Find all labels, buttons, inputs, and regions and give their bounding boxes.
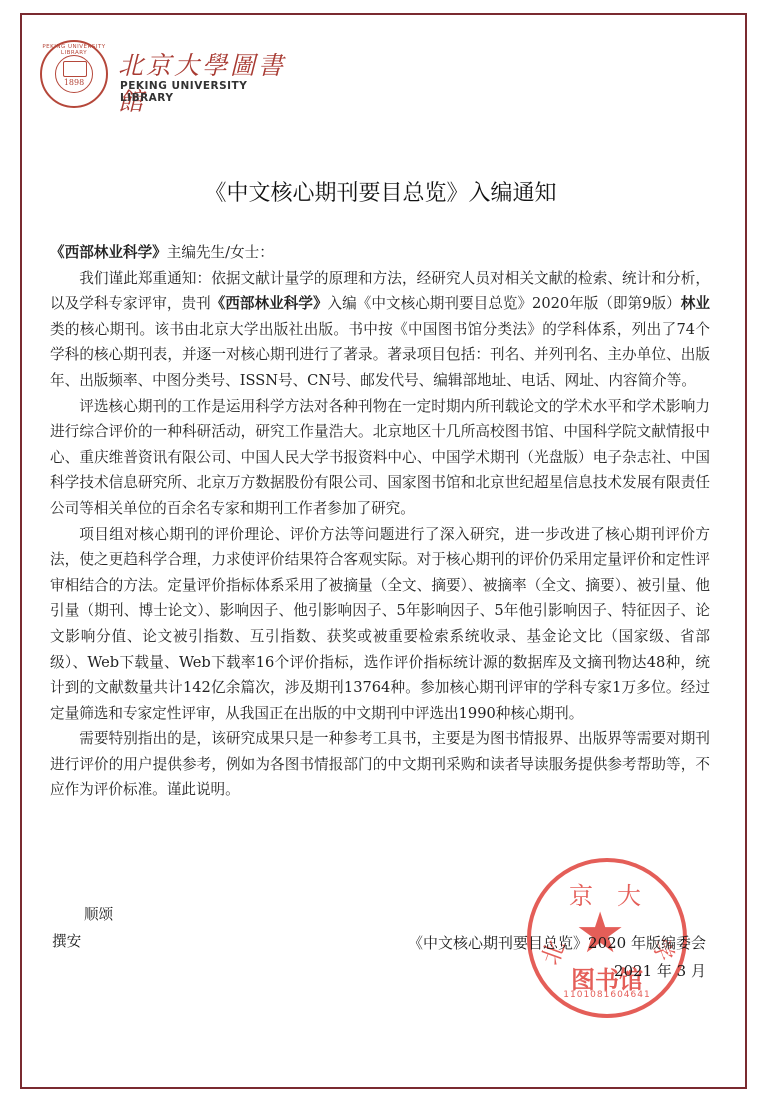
- paragraph-3: 项目组对核心期刊的评价理论、评价方法等问题进行了深入研究，进一步改进了核心期刊评…: [50, 522, 710, 727]
- salutation-suffix: 主编先生/女士：: [167, 244, 274, 261]
- p1-text-b: 入编《中文核心期刊要目总览》2020年版（即第9版）: [328, 295, 681, 312]
- p1-category: 林业: [681, 295, 710, 312]
- paragraph-1: 我们谨此郑重通知：依据文献计量学的原理和方法，经研究人员对相关文献的检索、统计和…: [50, 266, 710, 394]
- journal-name: 《西部林业科学》: [50, 244, 167, 261]
- book-icon: [63, 61, 87, 77]
- document-title: 《中文核心期刊要目总览》入编通知: [0, 176, 761, 207]
- university-seal-icon: PEKING UNIVERSITY LIBRARY 1898: [40, 40, 108, 108]
- seal-year: 1898: [42, 78, 106, 87]
- library-logo: PEKING UNIVERSITY LIBRARY 1898 北京大學圖書館 P…: [40, 40, 290, 112]
- paragraph-4: 需要特别指出的是，该研究成果只是一种参考工具书，主要是为图书情报界、出版界等需要…: [50, 726, 710, 803]
- salutation: 《西部林业科学》主编先生/女士：: [50, 240, 710, 266]
- p1-text-c: 类的核心期刊。该书由北京大学出版社出版。书中按《中国图书馆分类法》的学科体系，列…: [50, 321, 710, 389]
- signature-organization: 《中文核心期刊要目总览》2020 年版编委会: [408, 932, 706, 953]
- signature-date: 2021 年 3 月: [614, 960, 706, 981]
- p1-journal-name: 《西部林业科学》: [211, 295, 328, 312]
- closing-line-1: 顺颂: [84, 903, 113, 924]
- stamp-code: 1101081604641: [531, 990, 683, 1000]
- paragraph-2: 评选核心期刊的工作是运用科学方法对各种刊物在一定时期内所刊载论文的学术水平和学术…: [50, 394, 710, 522]
- closing-line-2: 撰安: [52, 930, 81, 951]
- logo-english-name: PEKING UNIVERSITY LIBRARY: [120, 80, 290, 104]
- letter-body: 《西部林业科学》主编先生/女士： 我们谨此郑重通知：依据文献计量学的原理和方法，…: [50, 240, 710, 803]
